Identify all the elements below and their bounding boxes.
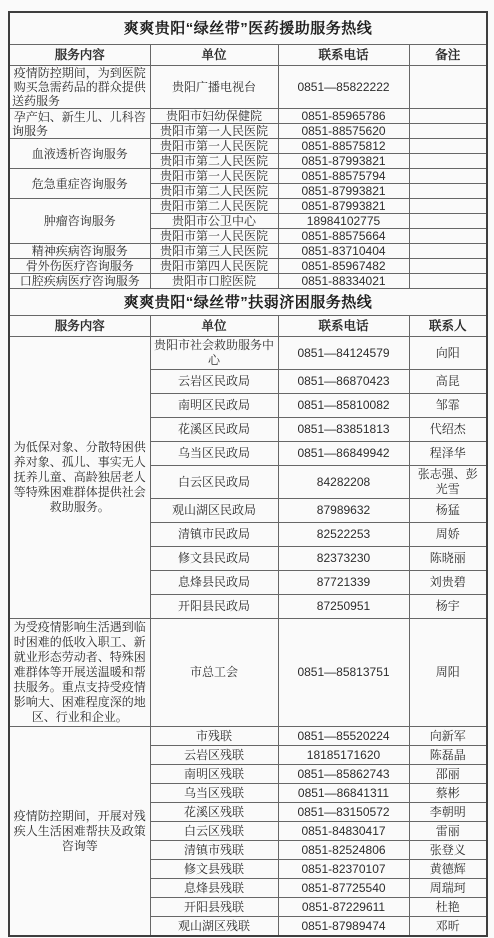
phone-cell: 87989632: [278, 499, 409, 523]
service-cell: 疫情防控期间，开展对残疾人生活困难帮扶及政策咨询等: [9, 727, 150, 937]
phone-cell: 0851-84830417: [278, 822, 409, 841]
phone-cell: 0851—85810082: [278, 394, 409, 418]
unit-cell: 南明区民政局: [150, 394, 278, 418]
unit-cell: 乌当区民政局: [150, 442, 278, 466]
note-cell: [409, 214, 487, 229]
unit-cell: 云岩区残联: [150, 746, 278, 765]
contact-cell: 杨宇: [409, 595, 487, 619]
contact-cell: 向新军: [409, 727, 487, 746]
table-row: 危急重症咨询服务 贵阳市第一人民医院 0851-88575794: [9, 169, 487, 184]
t1-header-note: 备注: [409, 45, 487, 66]
unit-cell: 贵阳市第三人民医院: [150, 244, 278, 259]
table-row: 为受疫情影响生活遇到临时困难的低收入职工、新就业形态劳动者、特殊困难群体等开展送…: [9, 619, 487, 727]
phone-cell: 0851-88575664: [278, 229, 409, 244]
phone-cell: 0851-87725540: [278, 879, 409, 898]
phone-cell: 0851—83851813: [278, 418, 409, 442]
table-row: 为低保对象、分散特困供养对象、孤儿、事实无人抚养儿童、高龄独居老人等特殊困难群体…: [9, 337, 487, 370]
phone-cell: 0851—86870423: [278, 370, 409, 394]
unit-cell: 贵阳市第二人民医院: [150, 154, 278, 169]
phone-cell: 0851-87993821: [278, 199, 409, 214]
unit-cell: 云岩区民政局: [150, 370, 278, 394]
unit-cell: 开阳县民政局: [150, 595, 278, 619]
contact-cell: 邓昕: [409, 917, 487, 937]
note-cell: [409, 169, 487, 184]
unit-cell: 贵阳市第一人民医院: [150, 124, 278, 139]
unit-cell: 贵阳市第一人民医院: [150, 139, 278, 154]
table-row: 肿瘤咨询服务 贵阳市第二人民医院 0851-87993821: [9, 199, 487, 214]
contact-cell: 高昆: [409, 370, 487, 394]
unit-cell: 修文县民政局: [150, 547, 278, 571]
unit-cell: 花溪区残联: [150, 803, 278, 822]
service-cell: 疫情防控期间，为到医院购买急需药品的群众提供送药服务: [9, 66, 150, 109]
phone-cell: 87721339: [278, 571, 409, 595]
contact-cell: 邹霏: [409, 394, 487, 418]
phone-cell: 82373230: [278, 547, 409, 571]
contact-cell: 程泽华: [409, 442, 487, 466]
contact-cell: 杨猛: [409, 499, 487, 523]
phone-cell: 0851-87229611: [278, 898, 409, 917]
unit-cell: 贵阳市妇幼保健院: [150, 109, 278, 124]
phone-cell: 0851—84124579: [278, 337, 409, 370]
unit-cell: 贵阳市第二人民医院: [150, 184, 278, 199]
phone-cell: 0851—85862743: [278, 765, 409, 784]
unit-cell: 开阳县残联: [150, 898, 278, 917]
contact-cell: 雷丽: [409, 822, 487, 841]
t1-header-service: 服务内容: [9, 45, 150, 66]
unit-cell: 白云区残联: [150, 822, 278, 841]
note-cell: [409, 274, 487, 289]
t2-header-service: 服务内容: [9, 316, 150, 337]
table-row: 服务内容 单位 联系电话 备注: [9, 45, 487, 66]
phone-cell: 0851—86841311: [278, 784, 409, 803]
phone-cell: 0851-88575620: [278, 124, 409, 139]
table-row: 孕产妇、新生儿、儿科咨询服务 贵阳市妇幼保健院 0851-85965786: [9, 109, 487, 124]
note-cell: [409, 244, 487, 259]
unit-cell: 市残联: [150, 727, 278, 746]
unit-cell: 贵阳市第二人民医院: [150, 199, 278, 214]
table-row: 爽爽贵阳“绿丝带”医药援助服务热线: [9, 12, 487, 45]
t2-header-contact: 联系人: [409, 316, 487, 337]
table-row: 骨外伤医疗咨询服务 贵阳市第四人民医院 0851-85967482: [9, 259, 487, 274]
service-cell: 为低保对象、分散特困供养对象、孤儿、事实无人抚养儿童、高龄独居老人等特殊困难群体…: [9, 337, 150, 619]
contact-cell: 张志强、彭光雪: [409, 466, 487, 499]
unit-cell: 贵阳市第四人民医院: [150, 259, 278, 274]
contact-cell: 李朝明: [409, 803, 487, 822]
unit-cell: 清镇市民政局: [150, 523, 278, 547]
unit-cell: 贵阳市第一人民医院: [150, 169, 278, 184]
phone-cell: 0851-87993821: [278, 154, 409, 169]
phone-cell: 0851—86849942: [278, 442, 409, 466]
service-cell: 为受疫情影响生活遇到临时困难的低收入职工、新就业形态劳动者、特殊困难群体等开展送…: [9, 619, 150, 727]
t1-header-phone: 联系电话: [278, 45, 409, 66]
phone-cell: 0851-88575794: [278, 169, 409, 184]
contact-cell: 向阳: [409, 337, 487, 370]
note-cell: [409, 154, 487, 169]
phone-cell: 0851—85822222: [278, 66, 409, 109]
unit-cell: 修文县残联: [150, 860, 278, 879]
contact-cell: 周娇: [409, 523, 487, 547]
phone-cell: 0851-83710404: [278, 244, 409, 259]
service-cell: 肿瘤咨询服务: [9, 199, 150, 244]
contact-cell: 黄德辉: [409, 860, 487, 879]
phone-cell: 0851-87989474: [278, 917, 409, 937]
phone-cell: 0851-82524806: [278, 841, 409, 860]
unit-cell: 息烽县民政局: [150, 571, 278, 595]
note-cell: [409, 229, 487, 244]
unit-cell: 南明区残联: [150, 765, 278, 784]
note-cell: [409, 199, 487, 214]
phone-cell: 0851-85965786: [278, 109, 409, 124]
table-row: 口腔疾病医疗咨询服务 贵阳市口腔医院 0851-88334021: [9, 274, 487, 289]
note-cell: [409, 139, 487, 154]
contact-cell: 张登义: [409, 841, 487, 860]
table-row: 血液透析咨询服务 贵阳市第一人民医院 0851-88575812: [9, 139, 487, 154]
phone-cell: 0851—83150572: [278, 803, 409, 822]
service-cell: 危急重症咨询服务: [9, 169, 150, 199]
unit-cell: 清镇市残联: [150, 841, 278, 860]
phone-cell: 18984102775: [278, 214, 409, 229]
contact-cell: 周瑞珂: [409, 879, 487, 898]
table-row: 疫情防控期间，开展对残疾人生活困难帮扶及政策咨询等 市残联 0851—85520…: [9, 727, 487, 746]
contact-cell: 代绍杰: [409, 418, 487, 442]
unit-cell: 贵阳市公卫中心: [150, 214, 278, 229]
contact-cell: 杜艳: [409, 898, 487, 917]
phone-cell: 0851—85520224: [278, 727, 409, 746]
unit-cell: 贵阳市口腔医院: [150, 274, 278, 289]
table-row: 爽爽贵阳“绿丝带”扶弱济困服务热线: [9, 289, 487, 316]
phone-cell: 0851-87993821: [278, 184, 409, 199]
phone-cell: 18185171620: [278, 746, 409, 765]
unit-cell: 乌当区残联: [150, 784, 278, 803]
table-row: 精神疾病咨询服务 贵阳市第三人民医院 0851-83710404: [9, 244, 487, 259]
t2-header-phone: 联系电话: [278, 316, 409, 337]
unit-cell: 贵阳广播电视台: [150, 66, 278, 109]
unit-cell: 息烽县残联: [150, 879, 278, 898]
service-cell: 骨外伤医疗咨询服务: [9, 259, 150, 274]
document-sheet: 爽爽贵阳“绿丝带”医药援助服务热线 服务内容 单位 联系电话 备注 疫情防控期间…: [0, 0, 494, 938]
contact-cell: 蔡彬: [409, 784, 487, 803]
service-cell: 血液透析咨询服务: [9, 139, 150, 169]
note-cell: [409, 184, 487, 199]
unit-cell: 观山湖区残联: [150, 917, 278, 937]
contact-cell: 陈磊晶: [409, 746, 487, 765]
unit-cell: 观山湖区民政局: [150, 499, 278, 523]
t1-header-unit: 单位: [150, 45, 278, 66]
contact-cell: 陈晓丽: [409, 547, 487, 571]
unit-cell: 市总工会: [150, 619, 278, 727]
note-cell: [409, 66, 487, 109]
phone-cell: 0851-88575812: [278, 139, 409, 154]
note-cell: [409, 259, 487, 274]
service-cell: 精神疾病咨询服务: [9, 244, 150, 259]
table-row: 疫情防控期间，为到医院购买急需药品的群众提供送药服务 贵阳广播电视台 0851—…: [9, 66, 487, 109]
table1-title: 爽爽贵阳“绿丝带”医药援助服务热线: [9, 12, 487, 45]
phone-cell: 0851-82370107: [278, 860, 409, 879]
unit-cell: 贵阳市第一人民医院: [150, 229, 278, 244]
note-cell: [409, 124, 487, 139]
unit-cell: 花溪区民政局: [150, 418, 278, 442]
service-cell: 孕产妇、新生儿、儿科咨询服务: [9, 109, 150, 139]
contact-cell: 刘贵碧: [409, 571, 487, 595]
phone-cell: 0851-88334021: [278, 274, 409, 289]
table2-title: 爽爽贵阳“绿丝带”扶弱济困服务热线: [9, 289, 487, 316]
unit-cell: 贵阳市社会救助服务中心: [150, 337, 278, 370]
service-cell: 口腔疾病医疗咨询服务: [9, 274, 150, 289]
unit-cell: 白云区民政局: [150, 466, 278, 499]
hotline-table: 爽爽贵阳“绿丝带”医药援助服务热线 服务内容 单位 联系电话 备注 疫情防控期间…: [8, 11, 488, 937]
t2-header-unit: 单位: [150, 316, 278, 337]
phone-cell: 87250951: [278, 595, 409, 619]
phone-cell: 0851-85967482: [278, 259, 409, 274]
contact-cell: 周阳: [409, 619, 487, 727]
phone-cell: 0851—85813751: [278, 619, 409, 727]
phone-cell: 82522253: [278, 523, 409, 547]
note-cell: [409, 109, 487, 124]
phone-cell: 84282208: [278, 466, 409, 499]
contact-cell: 邵丽: [409, 765, 487, 784]
table-row: 服务内容 单位 联系电话 联系人: [9, 316, 487, 337]
